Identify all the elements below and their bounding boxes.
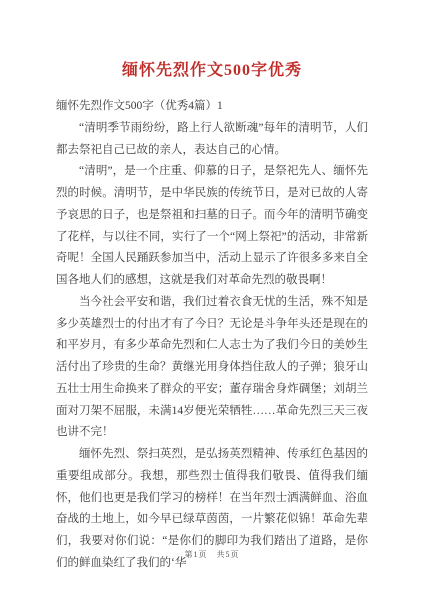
document-page: 缅怀先烈作文500字优秀 缅怀先烈作文500字（优秀4篇）1 “清明季节雨纷纷，… bbox=[0, 0, 424, 600]
essay-paragraph: “清明”，是一个庄重、仰慕的日子，是祭祀先人、缅怀先烈的时候。清明节，是中华民族… bbox=[56, 161, 368, 292]
document-heading: 缅怀先烈作文500字（优秀4篇）1 bbox=[56, 96, 368, 118]
essay-paragraphs: “清明季节雨纷纷，路上行人欲断魂”每年的清明节，人们都去祭祀自己已故的亲人，表达… bbox=[56, 118, 368, 575]
essay-paragraph: “清明季节雨纷纷，路上行人欲断魂”每年的清明节，人们都去祭祀自己已故的亲人，表达… bbox=[56, 118, 368, 162]
page-indicator: 第1页 共5页 bbox=[0, 549, 424, 560]
document-body: 缅怀先烈作文500字（优秀4篇）1 “清明季节雨纷纷，路上行人欲断魂”每年的清明… bbox=[56, 96, 368, 575]
essay-paragraph: 当今社会平安和谐，我们过着衣食无忧的生活，殊不知是多少英雄烈士的付出才有了今日？… bbox=[56, 292, 368, 444]
document-title: 缅怀先烈作文500字优秀 bbox=[30, 57, 394, 80]
